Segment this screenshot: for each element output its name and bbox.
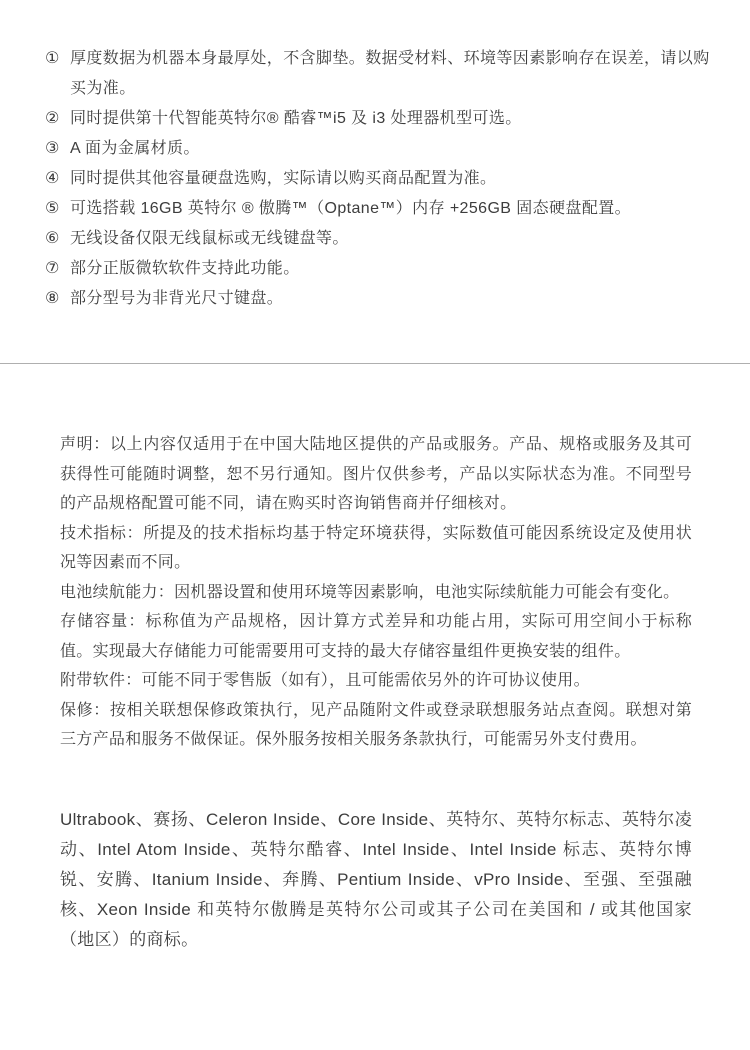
footnote-marker: ② — [45, 104, 64, 134]
footnote-text: 部分正版微软软件支持此功能。 — [70, 260, 300, 277]
footnote-item: ⑥无线设备仅限无线鼠标或无线键盘等。 — [45, 224, 712, 254]
trademark-section: Ultrabook、赛扬、Celeron Inside、Core Inside、… — [60, 805, 692, 955]
footnote-text: 厚度数据为机器本身最厚处，不含脚垫。数据受材料、环境等因素影响存在误差，请以购买… — [70, 50, 710, 97]
disclaimer-paragraph: 附带软件：可能不同于零售版（如有），且可能需依另外的许可协议使用。 — [60, 666, 692, 696]
footnote-marker: ⑥ — [45, 224, 64, 254]
footnote-marker: ③ — [45, 134, 64, 164]
footnote-marker: ① — [45, 44, 64, 74]
footnotes-section: ①厚度数据为机器本身最厚处，不含脚垫。数据受材料、环境等因素影响存在误差，请以购… — [45, 44, 712, 314]
footnote-marker: ⑧ — [45, 284, 64, 314]
footnote-text: 可选搭载 16GB 英特尔 ® 傲腾™（Optane™）内存 +256GB 固态… — [70, 200, 631, 217]
footnote-text: 部分型号为非背光尺寸键盘。 — [70, 290, 283, 307]
footnote-text: A 面为金属材质。 — [70, 140, 200, 157]
footnote-marker: ⑤ — [45, 194, 64, 224]
footnote-item: ⑧部分型号为非背光尺寸键盘。 — [45, 284, 712, 314]
footnote-item: ⑤可选搭载 16GB 英特尔 ® 傲腾™（Optane™）内存 +256GB 固… — [45, 194, 712, 224]
disclaimer-paragraph: 电池续航能力：因机器设置和使用环境等因素影响，电池实际续航能力可能会有变化。 — [60, 578, 692, 608]
footnote-marker: ⑦ — [45, 254, 64, 284]
footnote-item: ①厚度数据为机器本身最厚处，不含脚垫。数据受材料、环境等因素影响存在误差，请以购… — [45, 44, 712, 104]
footnote-item: ⑦部分正版微软软件支持此功能。 — [45, 254, 712, 284]
footnote-text: 同时提供第十代智能英特尔® 酷睿™i5 及 i3 处理器机型可选。 — [70, 110, 522, 127]
footnote-item: ③A 面为金属材质。 — [45, 134, 712, 164]
trademark-paragraph: Ultrabook、赛扬、Celeron Inside、Core Inside、… — [60, 805, 692, 955]
section-divider — [0, 363, 750, 364]
footnote-item: ②同时提供第十代智能英特尔® 酷睿™i5 及 i3 处理器机型可选。 — [45, 104, 712, 134]
disclaimer-paragraph: 保修：按相关联想保修政策执行，见产品随附文件或登录联想服务站点查阅。联想对第三方… — [60, 696, 692, 755]
footnote-marker: ④ — [45, 164, 64, 194]
disclaimers-section: 声明：以上内容仅适用于在中国大陆地区提供的产品或服务。产品、规格或服务及其可获得… — [60, 430, 692, 755]
footnote-item: ④同时提供其他容量硬盘选购，实际请以购买商品配置为准。 — [45, 164, 712, 194]
footnote-text: 同时提供其他容量硬盘选购，实际请以购买商品配置为准。 — [70, 170, 496, 187]
disclaimer-paragraph: 技术指标：所提及的技术指标均基于特定环境获得，实际数值可能因系统设定及使用状况等… — [60, 519, 692, 578]
footnote-text: 无线设备仅限无线鼠标或无线键盘等。 — [70, 230, 349, 247]
disclaimer-paragraph: 声明：以上内容仅适用于在中国大陆地区提供的产品或服务。产品、规格或服务及其可获得… — [60, 430, 692, 519]
disclaimer-paragraph: 存储容量：标称值为产品规格，因计算方式差异和功能占用，实际可用空间小于标称值。实… — [60, 607, 692, 666]
